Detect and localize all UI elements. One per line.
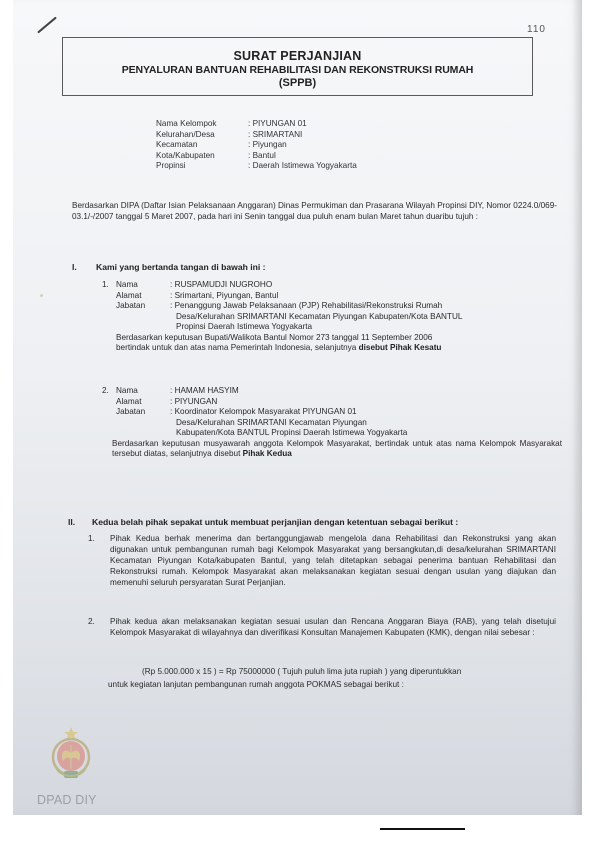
info-value: Daerah Istimewa Yogyakarta: [248, 161, 357, 172]
field-value: HAMAM HASYIM: [170, 386, 562, 397]
party-field: Alamat PIYUNGAN: [102, 397, 562, 408]
field-value: Penanggung Jawab Pelaksanaan (PJP) Rehab…: [170, 301, 562, 312]
budget-continuation: untuk kegiatan lanjutan pembangunan ruma…: [108, 679, 404, 690]
party-number: 2.: [102, 386, 116, 397]
field-value: Srimartani, Piyungan, Bantul: [170, 291, 562, 302]
section-1-number: I.: [72, 262, 77, 272]
field-value-continued: Desa/Kelurahan SRIMARTANI Kecamatan Piyu…: [170, 312, 562, 323]
clause-text: Pihak kedua akan melaksanakan kegiatan s…: [110, 617, 556, 637]
info-value: SRIMARTANI: [248, 130, 302, 141]
field-value-continued: Propinsi Daerah Istimewa Yogyakarta: [170, 322, 562, 333]
info-value: Bantul: [248, 151, 276, 162]
document-subtitle: PENYALURAN BANTUAN REHABILITASI DAN REKO…: [63, 64, 532, 76]
info-row: Kota/KabupatenBantul: [156, 151, 357, 162]
info-row: Nama KelompokPIYUNGAN 01: [156, 119, 357, 130]
clause-text: Pihak Kedua berhak menerima dan bertangg…: [110, 534, 556, 587]
clause-1: 1. Pihak Kedua berhak menerima dan berta…: [110, 533, 556, 588]
party-basis-text: Berdasarkan keputusan musyawarah anggota…: [112, 439, 562, 459]
party-2: 2. Nama HAMAM HASYIM Alamat PIYUNGAN Jab…: [102, 386, 562, 460]
field-label: Nama: [116, 280, 170, 291]
party-field: 2. Nama HAMAM HASYIM: [102, 386, 562, 397]
party-number: 1.: [102, 280, 116, 291]
field-label: Jabatan: [116, 407, 170, 439]
info-row: PropinsiDaerah Istimewa Yogyakarta: [156, 161, 357, 172]
party-acting-text: bertindak untuk dan atas nama Pemerintah…: [116, 343, 359, 352]
page-number: 110: [527, 24, 546, 35]
party-basis-text: Berdasarkan keputusan Bupati/Walikota Ba…: [116, 333, 562, 344]
info-row: KecamatanPiyungan: [156, 140, 357, 151]
field-value: PIYUNGAN: [170, 397, 562, 408]
clause-number: 1.: [88, 533, 95, 544]
party-field: Jabatan Penanggung Jawab Pelaksanaan (PJ…: [102, 301, 562, 333]
party-designation: disebut Pihak Kesatu: [359, 343, 442, 352]
info-label: Nama Kelompok: [156, 119, 248, 130]
clause-number: 2.: [88, 616, 95, 627]
party-basis: Berdasarkan keputusan musyawarah anggota…: [112, 439, 562, 460]
info-value: PIYUNGAN 01: [248, 119, 307, 130]
party-field: 1. Nama RUSPAMUDJI NUGROHO: [102, 280, 562, 291]
signature-line: [380, 828, 465, 830]
info-value: Piyungan: [248, 140, 287, 151]
field-value-continued: Desa/Kelurahan SRIMARTANI Kecamatan Piyu…: [170, 418, 562, 429]
budget-calculation: (Rp 5.000.000 x 15 ) = Rp 75000000 ( Tuj…: [142, 666, 461, 677]
party-designation: Pihak Kedua: [243, 449, 292, 458]
info-label: Kota/Kabupaten: [156, 151, 248, 162]
field-value-continued: Kabupaten/Kota BANTUL Propinsi Daerah Is…: [170, 428, 562, 439]
field-label: Nama: [116, 386, 170, 397]
field-label: Alamat: [116, 397, 170, 408]
group-info-table: Nama KelompokPIYUNGAN 01 Kelurahan/DesaS…: [156, 119, 357, 172]
section-1-heading: Kami yang bertanda tangan di bawah ini :: [96, 262, 266, 272]
title-box: SURAT PERJANJIAN PENYALURAN BANTUAN REHA…: [62, 37, 533, 96]
document-title: SURAT PERJANJIAN: [63, 49, 532, 63]
info-label: Kecamatan: [156, 140, 248, 151]
field-label: Alamat: [116, 291, 170, 302]
clause-2: 2. Pihak kedua akan melaksanakan kegiata…: [110, 616, 556, 638]
intro-paragraph: Berdasarkan DIPA (Daftar Isian Pelaksana…: [72, 200, 557, 222]
paper-edge-shadow: [572, 0, 582, 815]
section-2-heading: Kedua belah pihak sepakat untuk membuat …: [92, 517, 458, 527]
field-value: RUSPAMUDJI NUGROHO: [170, 280, 562, 291]
info-label: Kelurahan/Desa: [156, 130, 248, 141]
watermark-text: DPAD DIY: [37, 793, 97, 807]
party-1: 1. Nama RUSPAMUDJI NUGROHO Alamat Srimar…: [102, 280, 562, 354]
party-field: Alamat Srimartani, Piyungan, Bantul: [102, 291, 562, 302]
coat-of-arms-icon: [50, 727, 92, 785]
section-2-number: II.: [68, 517, 75, 527]
info-label: Propinsi: [156, 161, 248, 172]
field-value: Koordinator Kelompok Masyarakat PIYUNGAN…: [170, 407, 562, 418]
paper-smudge: [40, 294, 43, 297]
party-field: Jabatan Koordinator Kelompok Masyarakat …: [102, 407, 562, 439]
document-abbreviation: (SPPB): [63, 77, 532, 89]
party-basis: Berdasarkan keputusan Bupati/Walikota Ba…: [116, 333, 562, 354]
info-row: Kelurahan/DesaSRIMARTANI: [156, 130, 357, 141]
field-label: Jabatan: [116, 301, 170, 333]
